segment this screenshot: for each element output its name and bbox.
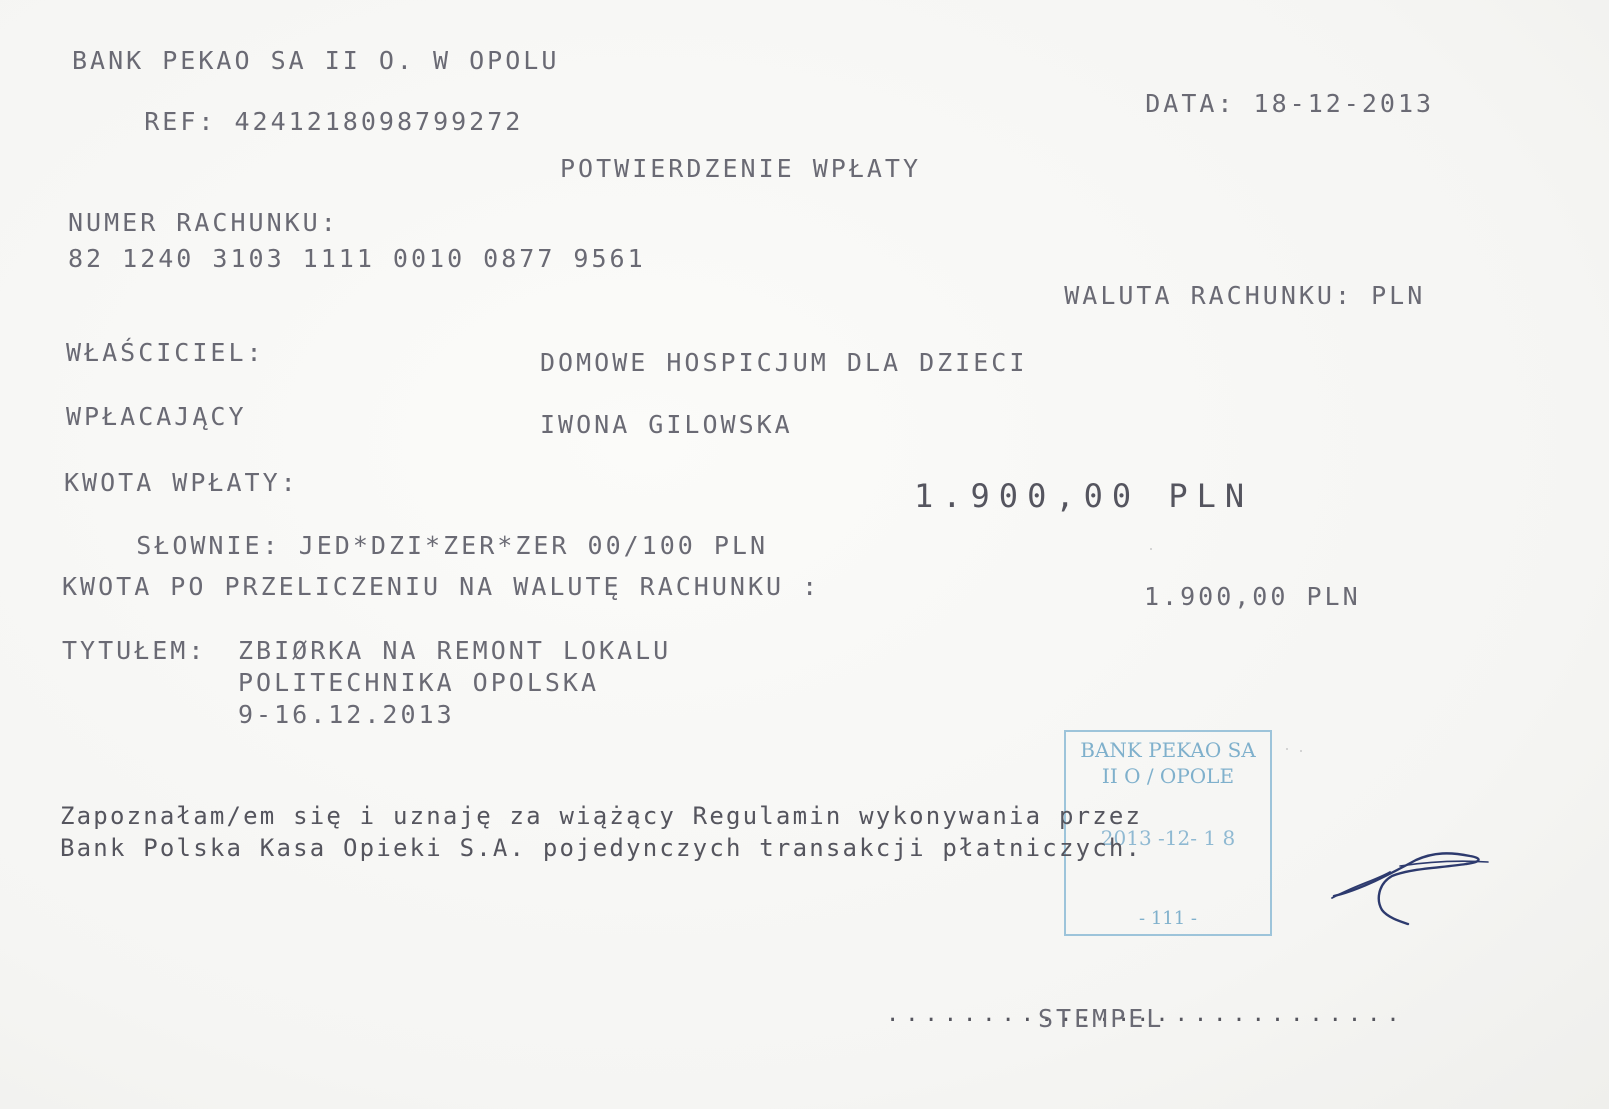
owner-label: WŁAŚCICIEL: [66,340,265,365]
payment-title-label: TYTUŁEM: [62,638,206,663]
owner-value: DOMOWE HOSPICJUM DLA DZIECI [540,350,1027,375]
payment-title-line-1: ZBIØRKA NA REMONT LOKALU [238,638,671,663]
paper-speck [1286,748,1288,750]
stamp-bank-name: BANK PEKAO SA [1066,738,1270,762]
date-value: 18-12-2013 [1254,89,1435,118]
bank-stamp: BANK PEKAO SA II O / OPOLE 2013 -12- 1 8… [1064,730,1272,936]
paper-speck [1300,750,1302,752]
ref-value: 4241218098799272 [235,107,524,136]
declaration-line-1: Zapoznałam/em się i uznaję za wiążący Re… [60,804,1142,828]
payer-label: WPŁACAJĄCY [66,404,247,429]
payment-title-line-2: POLITECHNIKA OPOLSKA [238,670,599,695]
payer-value: IWONA GILOWSKA [540,412,793,437]
stamp-code: - 111 - [1066,908,1270,929]
document-title: POTWIERDZENIE WPŁATY [560,156,921,181]
amount-in-words-value: JED*DZI*ZER*ZER 00/100 PLN [299,531,768,560]
account-currency-label: WALUTA RACHUNKU: [1064,281,1353,310]
stamp-branch: II O / OPOLE [1066,764,1270,788]
amount-in-words-label: SŁOWNIE: [136,531,280,560]
account-currency-value: PLN [1371,281,1425,310]
account-number: 82 1240 3103 1111 0010 0877 9561 [68,246,646,271]
receipt-paper: BANK PEKAO SA II O. W OPOLU REF: 4241218… [0,0,1609,1109]
account-number-label: NUMER RACHUNKU: [68,210,339,235]
stamp-label: STEMPEL [1038,1006,1164,1031]
paper-speck [1150,548,1152,550]
declaration-line-2: Bank Polska Kasa Opieki S.A. pojedynczyc… [60,836,1142,860]
date-row: DATA: 18-12-2013 [1073,66,1434,141]
amount-value: 1.900,00 PLN [914,480,1253,512]
bank-branch: BANK PEKAO SA II O. W OPOLU [72,48,559,73]
amount-label: KWOTA WPŁATY: [64,470,299,495]
date-label: DATA: [1145,89,1235,118]
ref-row: REF: 4241218098799272 [72,84,523,159]
signature [1330,850,1490,930]
converted-amount-value: 1.900,00 PLN [1144,584,1361,609]
ref-label: REF: [144,107,216,136]
converted-amount-label: KWOTA PO PRZELICZENIU NA WALUTĘ RACHUNKU… [62,574,820,599]
payment-title-line-3: 9-16.12.2013 [238,702,455,727]
account-currency-row: WALUTA RACHUNKU: PLN [992,258,1425,333]
